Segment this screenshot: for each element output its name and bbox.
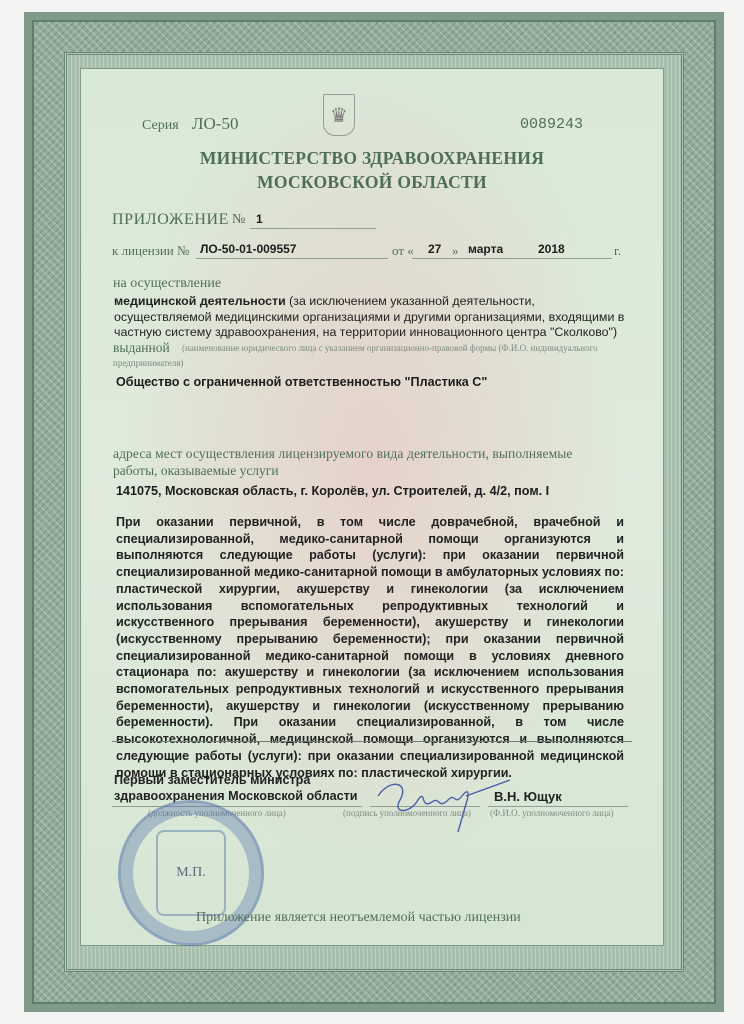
coat-of-arms-icon: ♛ [323, 94, 355, 136]
license-number-underline [196, 258, 388, 259]
ministry-title-line1: МИНИСТЕРСТВО ЗДРАВООХРАНЕНИЯ [0, 148, 744, 169]
organization-name: Общество с ограниченной ответственностью… [116, 375, 487, 389]
license-label: к лицензии № [112, 243, 189, 259]
issued-label: выданной [113, 340, 170, 356]
year-suffix: г. [614, 243, 621, 259]
activity-type: медицинской деятельности [114, 294, 286, 308]
license-month: марта [468, 242, 503, 256]
license-year: 2018 [538, 242, 565, 256]
stamp-label: М.П. [176, 865, 206, 881]
appendix-label: ПРИЛОЖЕНИЕ [112, 211, 229, 229]
appendix-number: 1 [256, 212, 263, 226]
signatory-position-line2: здравоохранения Московской области [114, 789, 358, 803]
footer-note: Приложение является неотъемлемой частью … [196, 910, 521, 926]
appendix-underline [250, 228, 376, 229]
form-number: 0089243 [520, 116, 583, 133]
services-underline [112, 741, 632, 742]
address-label-line1: адреса мест осуществления лицензируемого… [113, 446, 633, 462]
license-day: 27 [428, 242, 441, 256]
signatory-position-line1: Первый заместитель министра [114, 773, 310, 787]
series-label: Серия [142, 118, 179, 134]
license-date-underline [412, 258, 612, 259]
license-number: ЛО-50-01-009557 [200, 242, 296, 256]
activity-label: на осуществление [113, 276, 221, 292]
address-value: 141075, Московская область, г. Королёв, … [116, 484, 549, 498]
signature-mark [370, 770, 520, 840]
activity-description: медицинской деятельности (за исключением… [114, 294, 626, 341]
date-mid: » [452, 243, 459, 259]
issued-hint-line1: (наименование юридического лица с указан… [182, 343, 598, 353]
date-prefix: от « [392, 243, 414, 259]
series-value: ЛО-50 [192, 114, 238, 134]
stamp-crest: М.П. [156, 830, 226, 916]
position-underline [112, 806, 362, 807]
ministry-title-line2: МОСКОВСКОЙ ОБЛАСТИ [0, 172, 744, 193]
appendix-number-sign: № [232, 212, 245, 228]
issued-hint-line2: предпринимателя) [113, 358, 184, 368]
address-label-line2: работы, оказываемые услуги [113, 463, 279, 479]
